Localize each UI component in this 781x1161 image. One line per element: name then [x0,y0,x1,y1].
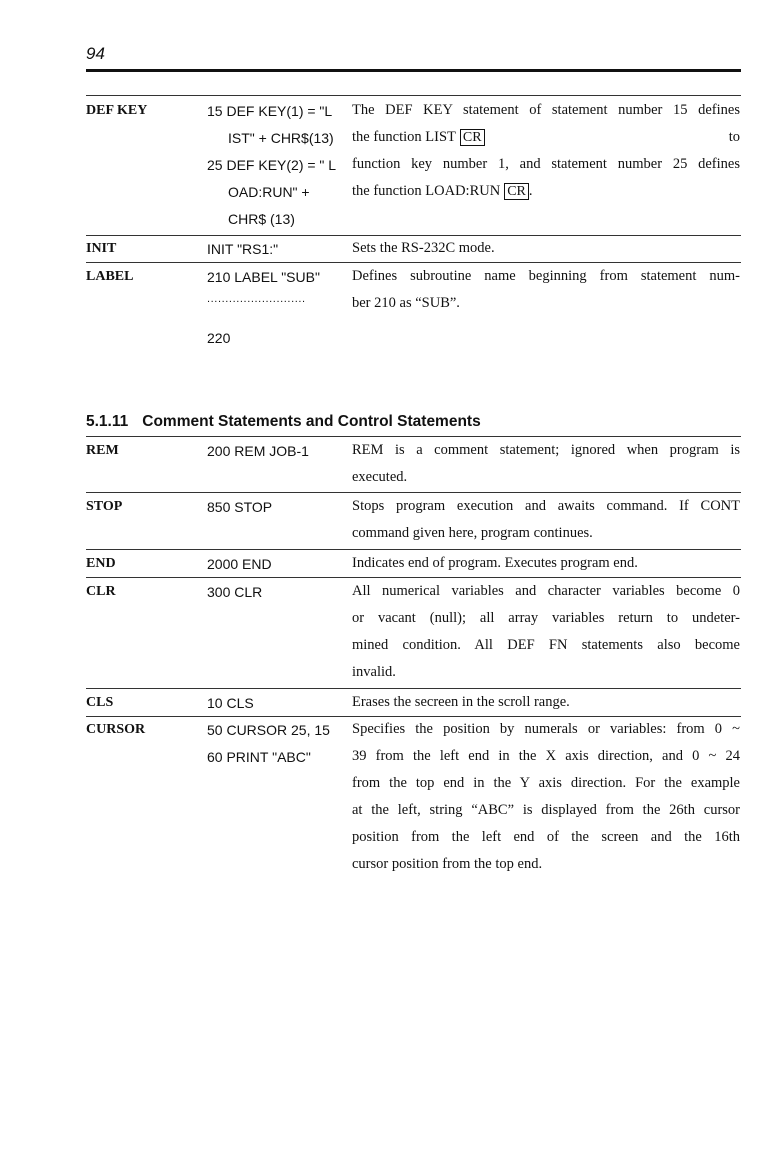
section-heading: 5.1.11Comment Statements and Control Sta… [86,413,481,431]
description: The DEF KEY statement of statement numbe… [352,97,740,205]
keyword-end: END [86,556,116,572]
description: Specifies the position by numerals or va… [352,716,740,878]
code-line: 25 DEF KEY(2) = " L [207,157,336,173]
keyword-def-key: DEF KEY [86,103,147,119]
code-line: OAD:RUN" + [228,184,310,200]
cr-key-icon: CR [460,129,485,146]
code-line: CHR$ (13) [228,211,295,227]
description: Indicates end of program. Executes progr… [352,550,740,577]
code-line: 50 CURSOR 25, 15 [207,722,330,738]
header-rule [86,69,741,72]
code-line: 850 STOP [207,499,272,515]
section-number: 5.1.11 [86,413,128,430]
code-line: 200 REM JOB-1 [207,443,309,459]
keyword-stop: STOP [86,499,122,515]
code-line: INIT "RS1:" [207,241,278,257]
keyword-init: INIT [86,241,116,257]
cr-key-icon: CR [504,183,529,200]
code-line: 60 PRINT "ABC" [207,749,311,765]
description: Defines subroutine name beginning from s… [352,263,740,317]
description: REM is a comment statement; ignored when… [352,437,740,491]
description: Sets the RS-232C mode. [352,235,740,262]
code-line: 300 CLR [207,584,262,600]
page-number: 94 [86,44,105,64]
code-line: ........................... [207,293,306,305]
keyword-clr: CLR [86,584,116,600]
code-line: 210 LABEL "SUB" [207,269,320,285]
description: Erases the secreen in the scroll range. [352,689,740,716]
keyword-cursor: CURSOR [86,722,145,738]
code-line: 10 CLS [207,695,254,711]
description: Stops program execution and awaits comma… [352,493,740,547]
description: All numerical variables and character va… [352,578,740,686]
keyword-cls: CLS [86,695,113,711]
code-line: 15 DEF KEY(1) = "L [207,103,332,119]
code-line: IST" + CHR$(13) [228,130,334,146]
code-line: 2000 END [207,556,272,572]
section-title: Comment Statements and Control Statement… [142,413,480,430]
keyword-rem: REM [86,443,119,459]
table-rule [86,95,741,96]
keyword-label: LABEL [86,269,133,285]
code-line: 220 [207,330,230,346]
